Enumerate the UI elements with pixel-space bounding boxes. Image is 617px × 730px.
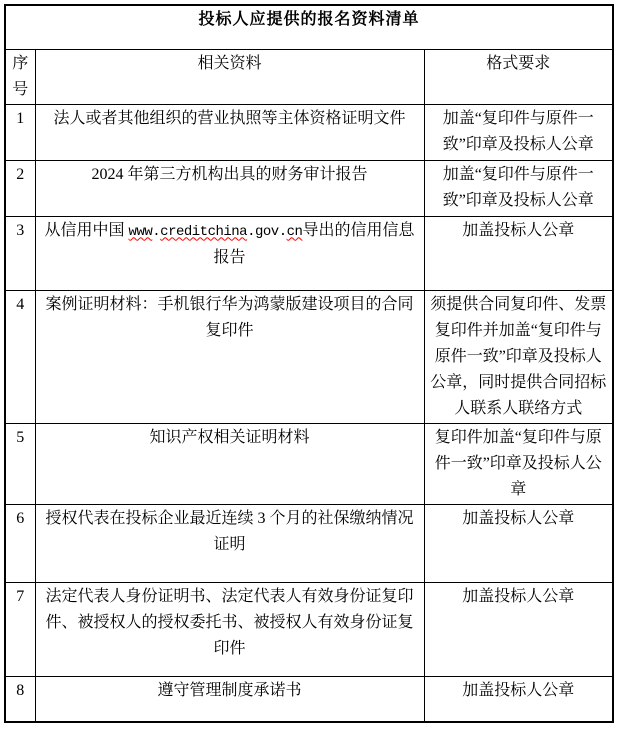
format-cell: 加盖投标人公章 <box>424 216 613 290</box>
bidder-materials-table: 投标人应提供的报名资料清单 序号 相关资料 格式要求 1 法人或者其他组织的营业… <box>4 4 614 723</box>
material-cell: 法人或者其他组织的营业执照等主体资格证明文件 <box>35 104 424 160</box>
document-page: 投标人应提供的报名资料清单 序号 相关资料 格式要求 1 法人或者其他组织的营业… <box>0 4 617 730</box>
url-dot: . <box>247 224 255 240</box>
row-no-cell: 7 <box>5 582 35 676</box>
table-row: 4 案例证明材料：手机银行华为鸿蒙版建设项目的合同复印件 须提供合同复印件、发票… <box>5 290 613 423</box>
row-no-cell: 5 <box>5 423 35 504</box>
header-cell-no: 序号 <box>5 49 35 104</box>
url-part-www: www <box>129 224 153 240</box>
table-row: 2 2024 年第三方机构出具的财务审计报告 加盖“复印件与原件一致”印章及投标… <box>5 160 613 216</box>
format-cell: 加盖“复印件与原件一致”印章及投标人公章 <box>424 104 613 160</box>
format-cell: 加盖投标人公章 <box>424 582 613 676</box>
url-dot: . <box>279 224 287 240</box>
url-part-gov: gov <box>255 224 279 240</box>
table-row: 7 法定代表人身份证明书、法定代表人有效身份证复印件、被授权人的授权委托书、被授… <box>5 582 613 676</box>
format-cell: 复印件加盖“复印件与原件一致”印章及投标人公章 <box>424 423 613 504</box>
url-part-creditchina: creditchina <box>160 224 247 240</box>
material-cell: 从信用中国 www.creditchina.gov.cn导出的信用信息报告 <box>35 216 424 290</box>
material-text-prefix: 从信用中国 <box>45 222 129 239</box>
row-no-cell: 2 <box>5 160 35 216</box>
header-cell-material: 相关资料 <box>35 49 424 104</box>
row-no-cell: 3 <box>5 216 35 290</box>
format-cell: 加盖投标人公章 <box>424 504 613 582</box>
row-no-cell: 4 <box>5 290 35 423</box>
title-row: 投标人应提供的报名资料清单 <box>5 5 613 49</box>
row-no-cell: 8 <box>5 676 35 722</box>
material-cell: 遵守管理制度承诺书 <box>35 676 424 722</box>
table-row: 5 知识产权相关证明材料 复印件加盖“复印件与原件一致”印章及投标人公章 <box>5 423 613 504</box>
url-part-cn: cn <box>287 224 303 240</box>
creditchina-url: www.creditchina.gov.cn <box>129 224 303 240</box>
url-dot: . <box>152 224 160 240</box>
page-title: 投标人应提供的报名资料清单 <box>5 5 613 49</box>
table-row: 3 从信用中国 www.creditchina.gov.cn导出的信用信息报告 … <box>5 216 613 290</box>
row-no-cell: 1 <box>5 104 35 160</box>
header-cell-format: 格式要求 <box>424 49 613 104</box>
format-cell: 加盖投标人公章 <box>424 676 613 722</box>
row-no-cell: 6 <box>5 504 35 582</box>
table-row: 6 授权代表在投标企业最近连续 3 个月的社保缴纳情况证明 加盖投标人公章 <box>5 504 613 582</box>
material-cell: 授权代表在投标企业最近连续 3 个月的社保缴纳情况证明 <box>35 504 424 582</box>
format-cell: 加盖“复印件与原件一致”印章及投标人公章 <box>424 160 613 216</box>
material-cell: 案例证明材料：手机银行华为鸿蒙版建设项目的合同复印件 <box>35 290 424 423</box>
table-row: 1 法人或者其他组织的营业执照等主体资格证明文件 加盖“复印件与原件一致”印章及… <box>5 104 613 160</box>
material-cell: 2024 年第三方机构出具的财务审计报告 <box>35 160 424 216</box>
material-cell: 知识产权相关证明材料 <box>35 423 424 504</box>
header-row: 序号 相关资料 格式要求 <box>5 49 613 104</box>
format-cell: 须提供合同复印件、发票复印件并加盖“复印件与原件一致”印章及投标人公章，同时提供… <box>424 290 613 423</box>
material-cell: 法定代表人身份证明书、法定代表人有效身份证复印件、被授权人的授权委托书、被授权人… <box>35 582 424 676</box>
table-row: 8 遵守管理制度承诺书 加盖投标人公章 <box>5 676 613 722</box>
